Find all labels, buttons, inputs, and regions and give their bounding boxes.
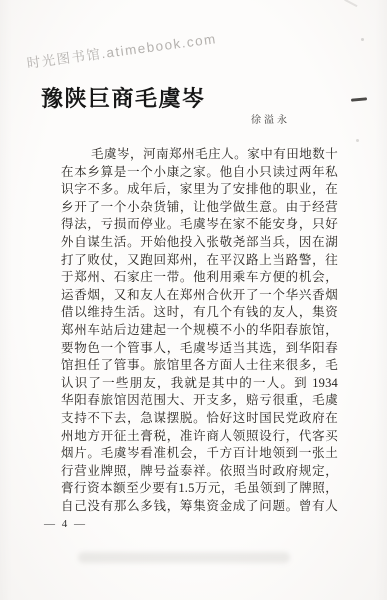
body-line: 郑州车站后边建起一个规模不小的华阳春旅馆，需	[61, 322, 338, 340]
body-line: 打了败仗，又跑回郑州，在平汉路上当路警，往来	[61, 252, 338, 270]
body-line: 烟片。毛虞岑看准机会，千方百计地领到一张土膏	[61, 445, 338, 463]
body-line: 在本乡算是一个小康之家。他自小只读过两年私塾，	[61, 164, 338, 182]
body-line: 华阳春旅馆因范围大、开支多，赔亏很重，毛虞岑	[61, 392, 338, 410]
body-line: 乡开了一个小杂货铺，让他学做生意。由于经营不	[61, 199, 338, 217]
page-title: 豫陕巨商毛虞岑	[41, 82, 206, 113]
author-byline: 徐溢永	[251, 111, 290, 126]
body-paragraph: 毛虞岑，河南郑州毛庄人。家中有田地数十亩， 在本乡算是一个小康之家。他自小只读过…	[61, 146, 338, 515]
body-line: 支持不下去，急谋摆脱。恰好这时国民党政府在郑	[61, 410, 338, 428]
scan-artifact-dash	[351, 97, 367, 101]
body-line: 自己没有那么多钱，筹集资金成了问题。曾有人给	[61, 498, 338, 516]
scan-artifact-smudge	[78, 552, 290, 563]
body-line: 认识了一些朋友，我就是其中的一人。到 1934 年，	[61, 375, 338, 393]
body-line: 州地方开征土膏税，准许商人领照设行，代客买卖	[61, 428, 338, 446]
body-line: 得法，亏损而停业。毛虞岑在家不能安身，只好出	[61, 216, 338, 234]
body-line: 于郑州、石家庄一带。他利用乘车方便的机会，贩	[61, 269, 338, 287]
body-line: 馆担任了管事。旅馆里各方面人士往来很多，毛就	[61, 357, 338, 375]
body-line: 运香烟，又和友人在郑州合伙开了一个华兴香烟铺，	[61, 287, 338, 305]
body-line: 外自谋生活。开始他投入张敬尧部当兵，因在湖南	[61, 234, 338, 252]
body-line: 毛虞岑，河南郑州毛庄人。家中有田地数十亩，	[61, 146, 338, 164]
body-line: 要物色一个管事人，毛虞岑适当其选，到华阳春旅	[61, 340, 338, 358]
page-number: — 4 —	[44, 518, 87, 530]
body-line: 识字不多。成年后，家里为了安排他的职业，在本	[61, 181, 338, 199]
scanned-book-page: 时光图书馆.atimebook.com 豫陕巨商毛虞岑 徐溢永 毛虞岑，河南郑州…	[0, 0, 387, 600]
body-line: 膏行资本额至少要有1.5万元，毛虽领到了牌照，但	[61, 480, 338, 498]
scan-artifact-dot	[356, 139, 359, 142]
body-line: 借以维持生活。这时，有几个有钱的友人，集资在	[61, 304, 338, 322]
scan-artifact-dot	[361, 38, 364, 41]
body-line: 行营业牌照，牌号益泰祥。依照当时政府规定，土	[61, 463, 338, 481]
watermark: 时光图书馆.atimebook.com	[25, 27, 217, 72]
scan-artifact-corner-mark	[344, 0, 357, 7]
